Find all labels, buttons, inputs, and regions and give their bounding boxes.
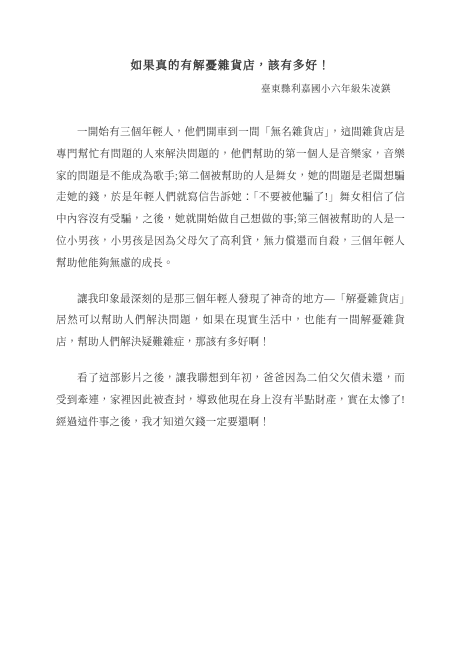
essay-paragraph-1: 一開始有三個年輕人，他們開車到一間「無名雜貨店」，這間雜貨店是專門幫忙有問題的人… — [56, 122, 405, 275]
document-page: 如果真的有解憂雜貨店，該有多好！ 臺東縣利嘉國小六年級朱凌鍈 一開始有三個年輕人… — [0, 0, 458, 648]
essay-paragraph-2: 讓我印象最深刻的是那三個年輕人發現了神奇的地方—「解憂雜貨店」居然可以幫助人們解… — [56, 289, 405, 354]
essay-content: 如果真的有解憂雜貨店，該有多好！ 臺東縣利嘉國小六年級朱凌鍈 一開始有三個年輕人… — [56, 58, 405, 433]
essay-byline: 臺東縣利嘉國小六年級朱凌鍈 — [56, 84, 405, 97]
essay-paragraph-3: 看了這部影片之後，讓我聯想到年初，爸爸因為二伯父欠債未還，而受到牽連，家裡因此被… — [56, 368, 405, 433]
essay-body: 一開始有三個年輕人，他們開車到一間「無名雜貨店」，這間雜貨店是專門幫忙有問題的人… — [56, 122, 405, 433]
essay-title: 如果真的有解憂雜貨店，該有多好！ — [56, 58, 405, 74]
